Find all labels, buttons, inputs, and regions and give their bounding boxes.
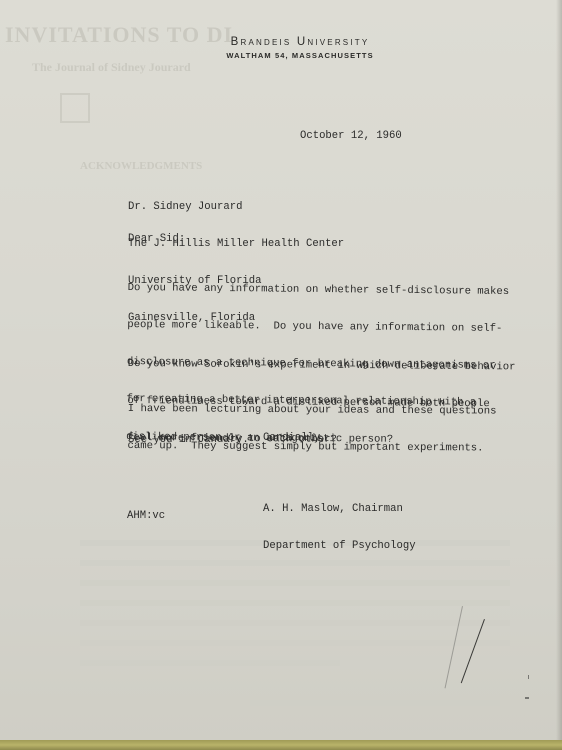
bleed-through-line (80, 600, 510, 606)
bleed-through-line (80, 660, 340, 666)
pen-dot (525, 697, 529, 699)
typist-initials: AHM:vc (127, 510, 165, 522)
letter-date: October 12, 1960 (300, 130, 402, 142)
bleed-through-title: INVITATIONS TO DI (5, 22, 233, 48)
letterhead-institution: Brandeis University (200, 36, 400, 48)
letterhead: Brandeis University WALTHAM 54, MASSACHU… (200, 36, 400, 60)
pen-mark (461, 619, 485, 683)
pen-mark-faint (445, 606, 464, 688)
bleed-through-line (80, 640, 510, 646)
bleed-through-line (80, 620, 510, 626)
signature-department: Department of Psychology (263, 540, 416, 552)
salutation: Dear Sid: (128, 233, 185, 245)
page-edge-shadow (556, 0, 562, 742)
paragraph-line: Do you know Sorokin's experiment in whic… (128, 358, 516, 374)
paragraph-line: Do you have any information on whether s… (128, 282, 510, 298)
bleed-through-logo-icon (60, 93, 90, 123)
bleed-through-line (80, 580, 510, 586)
letterhead-address: WALTHAM 54, MASSACHUSETTS (200, 51, 400, 60)
letter-page: INVITATIONS TO DI The Journal of Sidney … (0, 0, 562, 742)
bleed-through-acknowledgment: ACKNOWLEDGMENTS (80, 160, 202, 172)
paragraph-line: See you in January. (128, 434, 249, 446)
pen-dot (528, 675, 529, 679)
recipient-line: Dr. Sidney Jourard (128, 201, 344, 213)
closing: Cordially, (263, 432, 327, 444)
bleed-through-subtitle: The Journal of Sidney Jourard (32, 60, 191, 75)
signature-block: A. H. Maslow, Chairman Department of Psy… (263, 478, 416, 577)
paragraph-4: See you in January. (128, 409, 249, 471)
signature-name: A. H. Maslow, Chairman (263, 503, 416, 515)
desk-surface (0, 740, 562, 750)
bleed-through-line (250, 700, 500, 706)
